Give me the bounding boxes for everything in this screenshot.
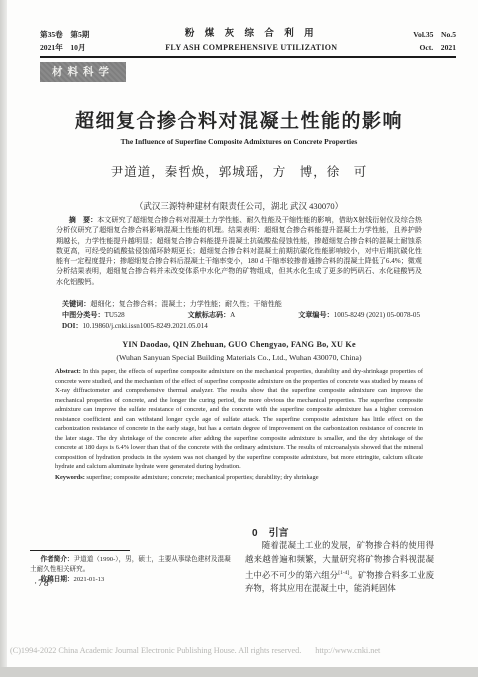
section-badge: 材料科学: [40, 62, 126, 82]
keywords-en-text: superfine; composite admixture; concrete…: [85, 474, 319, 481]
intro-paragraph: 随着混凝土工业的发展，矿物掺合料的使用得越来越普遍和频繁，大量研究将矿物掺合料视…: [245, 539, 434, 596]
page-number: ·78·: [34, 579, 54, 589]
abstract-en: Abstract: In this paper, the effects of …: [55, 367, 423, 472]
intro-heading: 0引言: [252, 524, 289, 539]
keywords-en: Keywords: superfine; composite admixture…: [55, 473, 423, 483]
issue-date-cn: 2021年 10月: [40, 41, 89, 54]
classification-row: 中图分类号：TU528 文献标志码：A 文章编号：1005-8249 (2021…: [62, 310, 420, 321]
abstract-cn: 摘 要：本文研究了超细复合掺合料对混凝土力学性能、耐久性能及干缩性能的影响，借助…: [56, 215, 422, 287]
doi-line: DOI：10.19860/j.cnki.issn1005-8249.2021.0…: [62, 321, 420, 332]
clc-number: 中图分类号：TU528: [62, 310, 125, 321]
authors-cn: 尹道道，秦哲焕，郭城瑶，方 博，徐 可: [0, 162, 478, 180]
article-id-label: 文章编号：: [298, 311, 333, 319]
cnki-copyright-line: (C)1994-2022 China Academic Journal Elec…: [10, 646, 470, 655]
keywords-cn-label: 关键词：: [62, 300, 90, 308]
abstract-cn-text: 本文研究了超细复合掺合料对混凝土力学性能、耐久性能及干缩性能的影响，借助X射线衍…: [56, 216, 422, 286]
article-title-en: The Influence of Superfine Composite Adm…: [0, 137, 478, 146]
journal-name-en: FLY ASH COMPREHENSIVE UTILIZATION: [165, 41, 337, 54]
received-date-line: 收稿日期：2021-01-13: [30, 575, 234, 585]
footnote-rule: [30, 550, 130, 551]
citation-ref: [1-4]: [338, 570, 349, 576]
received-date-value: 2021-01-13: [74, 576, 105, 583]
doi-value: 10.19860/j.cnki.issn1005-8249.2021.05.01…: [83, 322, 208, 330]
keywords-cn-line: 关键词：超细化；复合掺合料；混凝土；力学性能；耐久性；干缩性能: [62, 299, 420, 310]
article-id-value: 1005-8249 (2021) 05-0078-05: [334, 311, 420, 319]
scanned-paper-page: 第35卷 第5期 2021年 10月 粉 煤 灰 综 合 利 用 FLY ASH…: [0, 0, 478, 677]
article-title-cn: 超细复合掺合料对混凝土性能的影响: [0, 106, 478, 133]
intro-heading-text: 引言: [269, 528, 289, 539]
document-code-value: A: [230, 311, 235, 319]
abstract-en-text: In this paper, the effects of superfine …: [55, 368, 423, 470]
journal-header: 第35卷 第5期 2021年 10月 粉 煤 灰 综 合 利 用 FLY ASH…: [40, 28, 456, 54]
volume-number-en: Vol.35 No.5: [413, 28, 456, 41]
cnki-url: http://www.cnki.net: [315, 646, 380, 655]
document-code-label: 文献标志码：: [188, 311, 231, 319]
abstract-cn-label: 摘 要：: [69, 216, 97, 224]
footnote-block: 作者简介：尹道道（1990-），男，硕士，主要从事绿色建材及混凝土耐久性相关研究…: [30, 555, 234, 584]
issue-number-cn: 第35卷 第5期: [40, 28, 89, 41]
header-volume-info: Vol.35 No.5 Oct. 2021: [413, 28, 456, 54]
author-bio-line: 作者简介：尹道道（1990-），男，硕士，主要从事绿色建材及混凝土耐久性相关研究…: [30, 555, 234, 575]
scan-edge-left: [0, 0, 7, 677]
scan-edge-bottom: [0, 667, 478, 677]
header-issue-info: 第35卷 第5期 2021年 10月: [40, 28, 89, 54]
clc-label: 中图分类号：: [62, 311, 105, 319]
keywords-en-label: Keywords:: [55, 474, 85, 481]
journal-name-cn: 粉 煤 灰 综 合 利 用: [165, 28, 337, 41]
intro-heading-number: 0: [252, 528, 258, 539]
copyright-text: (C)1994-2022 China Academic Journal Elec…: [10, 646, 301, 655]
abstract-en-label: Abstract:: [55, 368, 81, 375]
journal-title-block: 粉 煤 灰 综 合 利 用 FLY ASH COMPREHENSIVE UTIL…: [165, 28, 337, 54]
document-code: 文献标志码：A: [188, 310, 236, 321]
authors-en: YIN Daodao, QIN Zhehuan, GUO Chengyao, F…: [0, 340, 478, 349]
doi-label: DOI：: [62, 322, 83, 330]
affiliation-cn: （武汉三源特种建材有限责任公司，湖北 武汉 430070）: [0, 200, 478, 212]
keywords-cn-text: 超细化；复合掺合料；混凝土；力学性能；耐久性；干缩性能: [90, 300, 282, 308]
clc-value: TU528: [105, 311, 125, 319]
affiliation-en: (Wuhan Sanyuan Special Building Material…: [0, 353, 478, 362]
header-rule: [40, 56, 456, 58]
article-meta: 关键词：超细化；复合掺合料；混凝土；力学性能；耐久性；干缩性能 中图分类号：TU…: [62, 299, 420, 331]
article-id: 文章编号：1005-8249 (2021) 05-0078-05: [298, 310, 420, 321]
issue-date-en: Oct. 2021: [413, 41, 456, 54]
abstract-en-block: Abstract: In this paper, the effects of …: [55, 367, 423, 483]
author-bio-label: 作者简介：: [41, 556, 74, 563]
